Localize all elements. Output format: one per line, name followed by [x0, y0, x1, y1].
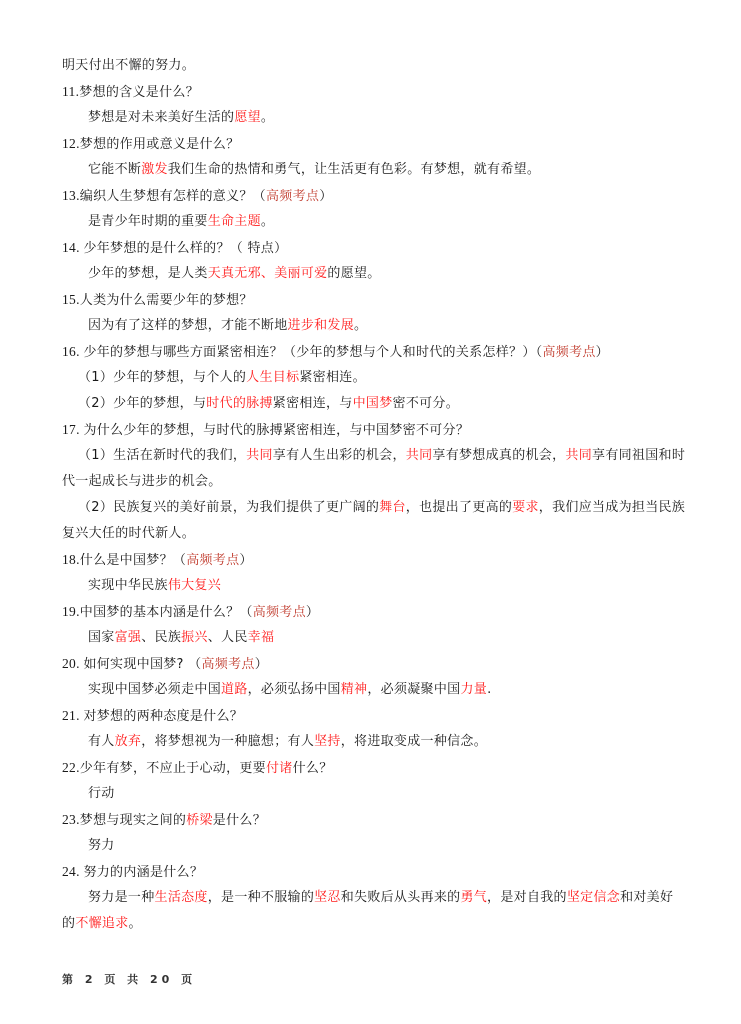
highlighted-keyword: 生命主题: [208, 214, 261, 229]
question-number: 14.: [62, 240, 83, 255]
text-line: 17. 为什么少年的梦想，与时代的脉搏紧密相连，与中国梦密不可分？: [62, 421, 469, 440]
text-line: （2）民族复兴的美好前景，为我们提供了更广阔的舞台，也提出了更高的要求，我们应当…: [78, 499, 685, 517]
text-segment: 享有梦想成真的机会，: [432, 448, 565, 463]
text-segment: ，是一种不服输的: [208, 890, 314, 905]
highlighted-keyword: 桥梁: [186, 813, 213, 828]
text-segment: 。: [261, 110, 274, 125]
text-segment: （1）生活在新时代的我们，: [78, 448, 246, 463]
text-segment: 为什么少年的梦想，与时代的脉搏紧密相连，与中国梦密不可分？: [83, 423, 469, 438]
text-line: 21. 对梦想的两种态度是什么？: [62, 707, 243, 726]
highlighted-keyword: 振兴: [181, 630, 208, 645]
text-line: 12.梦想的作用或意义是什么？: [62, 135, 239, 154]
highlighted-keyword: 要求: [512, 500, 539, 515]
highlighted-keyword: 富强: [115, 630, 142, 645]
highlighted-keyword: 共同: [406, 448, 433, 463]
text-line: 20. 如何实现中国梦? （高频考点）: [62, 655, 268, 674]
text-segment: （2）民族复兴的美好前景，为我们提供了更广阔的: [78, 500, 379, 515]
question-number: 19.: [62, 604, 80, 619]
question-number: 24.: [62, 864, 83, 879]
text-segment: 什么？: [293, 761, 333, 776]
text-segment: 如何实现中国梦? （: [83, 657, 201, 672]
text-segment: ，必须弘扬中国: [248, 682, 341, 697]
text-segment: 是什么？: [213, 813, 266, 828]
highlighted-keyword: 不懈追求: [75, 916, 128, 931]
highlighted-keyword: 付诸: [266, 761, 293, 776]
text-segment: 的: [62, 916, 75, 931]
text-segment: 梦想与现实之间的: [80, 813, 186, 828]
text-line: （2）少年的梦想，与时代的脉搏紧密相连，与中国梦密不可分。: [78, 395, 459, 413]
text-segment: ）: [596, 345, 609, 360]
text-segment: 明天付出不懈的努力。: [62, 58, 195, 73]
question-number: 12.: [62, 136, 80, 151]
text-segment: 努力是一种: [88, 890, 155, 905]
highlighted-keyword: 力量: [460, 682, 487, 697]
highlighted-keyword: 精神: [341, 682, 368, 697]
text-segment: 享有人生出彩的机会，: [273, 448, 406, 463]
question-number: 22.: [62, 760, 80, 775]
text-segment: 对梦想的两种态度是什么？: [83, 709, 243, 724]
question-number: 23.: [62, 812, 80, 827]
text-line: 23.梦想与现实之间的桥梁是什么？: [62, 811, 266, 830]
highlighted-keyword: 共同: [565, 448, 592, 463]
question-number: 18.: [62, 552, 80, 567]
text-segment: ，我们应当成为担当民族: [539, 500, 685, 515]
text-segment: 少年的梦想与哪些方面紧密相连？（少年的梦想与个人和时代的关系怎样？）（: [83, 345, 542, 360]
highlighted-keyword: 生活态度: [155, 890, 208, 905]
highlighted-keyword: 幸福: [248, 630, 275, 645]
text-segment: 享有同祖国和时: [592, 448, 685, 463]
question-number: 17.: [62, 422, 83, 437]
text-segment: 。: [354, 318, 367, 333]
text-segment: 努力的内涵是什么？: [83, 865, 203, 880]
text-segment: 的愿望。: [327, 266, 380, 281]
highlighted-keyword: 人生目标: [246, 370, 299, 385]
text-line: 因为有了这样的梦想，才能不断地进步和发展。: [88, 317, 367, 335]
highlighted-keyword: 进步和发展: [288, 318, 355, 333]
text-segment: 和对美好: [620, 890, 673, 905]
text-segment: ，将梦想视为一种臆想；有人: [141, 734, 314, 749]
text-segment: 少年的梦想，是人类: [88, 266, 208, 281]
text-line: 24. 努力的内涵是什么？: [62, 863, 203, 882]
text-segment: 行动: [88, 786, 115, 801]
text-segment: 梦想的含义是什么？: [79, 85, 199, 100]
text-line: 是青少年时期的重要生命主题。: [88, 213, 274, 231]
highlighted-keyword: 中国梦: [353, 396, 393, 411]
document-page: 明天付出不懈的努力。11.梦想的含义是什么？梦想是对未来美好生活的愿望。12.梦…: [0, 0, 741, 1024]
text-line: 的不懈追求。: [62, 915, 142, 933]
page-footer: 第 2 页 共 20 页: [62, 971, 196, 987]
text-segment: 代一起成长与进步的机会。: [62, 474, 222, 489]
text-line: 少年的梦想，是人类天真无邪、美丽可爱的愿望。: [88, 265, 381, 283]
text-segment: 中国梦的基本内涵是什么？（: [80, 605, 253, 620]
high-frequency-tag: 高频考点: [253, 605, 306, 620]
text-segment: 实现中国梦必须走中国: [88, 682, 221, 697]
highlighted-keyword: 共同: [246, 448, 273, 463]
text-segment: ，将进取变成一种信念。: [341, 734, 487, 749]
text-segment: 少年梦想的是什么样的？（ 特点）: [83, 241, 287, 256]
text-line: 22.少年有梦，不应止于心动，更要付诸什么？: [62, 759, 333, 778]
highlighted-keyword: 激发: [141, 162, 168, 177]
high-frequency-tag: 高频考点: [266, 189, 319, 204]
highlighted-keyword: 愿望: [234, 110, 261, 125]
text-line: 代一起成长与进步的机会。: [62, 473, 222, 491]
text-segment: 我们生命的热情和勇气，让生活更有色彩。有梦想，就有希望。: [168, 162, 540, 177]
text-segment: 、人民: [208, 630, 248, 645]
highlighted-keyword: 伟大复兴: [168, 578, 221, 593]
text-segment: ）: [255, 657, 268, 672]
text-segment: 努力: [88, 838, 115, 853]
text-segment: 复兴大任的时代新人。: [62, 526, 195, 541]
text-line: （1）少年的梦想，与个人的人生目标紧密相连。: [78, 369, 366, 387]
text-line: 明天付出不懈的努力。: [62, 57, 195, 75]
text-line: 国家富强、民族振兴、人民幸福: [88, 629, 274, 647]
text-line: （1）生活在新时代的我们，共同享有人生出彩的机会，共同享有梦想成真的机会，共同享…: [78, 447, 685, 465]
text-segment: 紧密相连。: [299, 370, 366, 385]
highlighted-keyword: 舞台: [379, 500, 406, 515]
question-number: 11.: [62, 84, 79, 99]
text-segment: 。: [261, 214, 274, 229]
text-segment: 梦想的作用或意义是什么？: [80, 137, 240, 152]
text-line: 努力是一种生活态度，是一种不服输的坚忍和失败后从头再来的勇气，是对自我的坚定信念…: [88, 889, 673, 907]
question-number: 20.: [62, 656, 83, 671]
text-line: 18.什么是中国梦？（高频考点）: [62, 551, 253, 570]
text-segment: 实现中华民族: [88, 578, 168, 593]
high-frequency-tag: 高频考点: [542, 345, 595, 360]
text-segment: 密不可分。: [393, 396, 460, 411]
high-frequency-tag: 高频考点: [202, 657, 255, 672]
text-segment: ，必须凝聚中国: [367, 682, 460, 697]
text-segment: 它能不断: [88, 162, 141, 177]
text-segment: 和失败后从头再来的: [341, 890, 461, 905]
text-segment: ）: [239, 553, 252, 568]
highlighted-keyword: 道路: [221, 682, 248, 697]
text-segment: 少年有梦，不应止于心动，更要: [80, 761, 266, 776]
text-line: 15.人类为什么需要少年的梦想？: [62, 291, 253, 310]
question-number: 21.: [62, 708, 83, 723]
text-line: 行动: [88, 785, 115, 803]
text-line: 努力: [88, 837, 115, 855]
text-line: 14. 少年梦想的是什么样的？（ 特点）: [62, 239, 287, 258]
highlighted-keyword: 天真无邪、美丽可爱: [208, 266, 328, 281]
text-line: 梦想是对未来美好生活的愿望。: [88, 109, 274, 127]
question-number: 13.: [62, 188, 80, 203]
text-segment: .: [487, 682, 491, 697]
text-line: 11.梦想的含义是什么？: [62, 83, 199, 102]
text-segment: ，是对自我的: [487, 890, 567, 905]
text-segment: ，也提出了更高的: [406, 500, 512, 515]
text-segment: 是青少年时期的重要: [88, 214, 208, 229]
high-frequency-tag: 高频考点: [186, 553, 239, 568]
text-line: 它能不断激发我们生命的热情和勇气，让生活更有色彩。有梦想，就有希望。: [88, 161, 540, 179]
question-number: 15.: [62, 292, 80, 307]
text-line: 13.编织人生梦想有怎样的意义？（高频考点）: [62, 187, 333, 206]
text-segment: 有人: [88, 734, 115, 749]
text-segment: ）: [306, 605, 319, 620]
text-segment: 、民族: [141, 630, 181, 645]
highlighted-keyword: 坚忍: [314, 890, 341, 905]
text-segment: 编织人生梦想有怎样的意义？（: [80, 189, 266, 204]
question-number: 16.: [62, 344, 83, 359]
highlighted-keyword: 勇气: [460, 890, 487, 905]
text-segment: 因为有了这样的梦想，才能不断地: [88, 318, 288, 333]
text-segment: （1）少年的梦想，与个人的: [78, 370, 246, 385]
text-line: 有人放弃，将梦想视为一种臆想；有人坚持，将进取变成一种信念。: [88, 733, 487, 751]
text-segment: （2）少年的梦想，与: [78, 396, 206, 411]
text-line: 实现中华民族伟大复兴: [88, 577, 221, 595]
text-line: 16. 少年的梦想与哪些方面紧密相连？（少年的梦想与个人和时代的关系怎样？）（高…: [62, 343, 609, 362]
text-segment: 梦想是对未来美好生活的: [88, 110, 234, 125]
highlighted-keyword: 坚定信念: [567, 890, 620, 905]
text-segment: 什么是中国梦？（: [80, 553, 186, 568]
text-segment: ）: [319, 189, 332, 204]
text-line: 实现中国梦必须走中国道路，必须弘扬中国精神，必须凝聚中国力量.: [88, 681, 492, 699]
text-segment: 国家: [88, 630, 115, 645]
text-segment: 人类为什么需要少年的梦想？: [80, 293, 253, 308]
text-line: 复兴大任的时代新人。: [62, 525, 195, 543]
text-segment: 。: [129, 916, 142, 931]
highlighted-keyword: 坚持: [314, 734, 341, 749]
text-line: 19.中国梦的基本内涵是什么？（高频考点）: [62, 603, 319, 622]
text-segment: 紧密相连，与: [273, 396, 353, 411]
highlighted-keyword: 时代的脉搏: [206, 396, 273, 411]
highlighted-keyword: 放弃: [115, 734, 142, 749]
